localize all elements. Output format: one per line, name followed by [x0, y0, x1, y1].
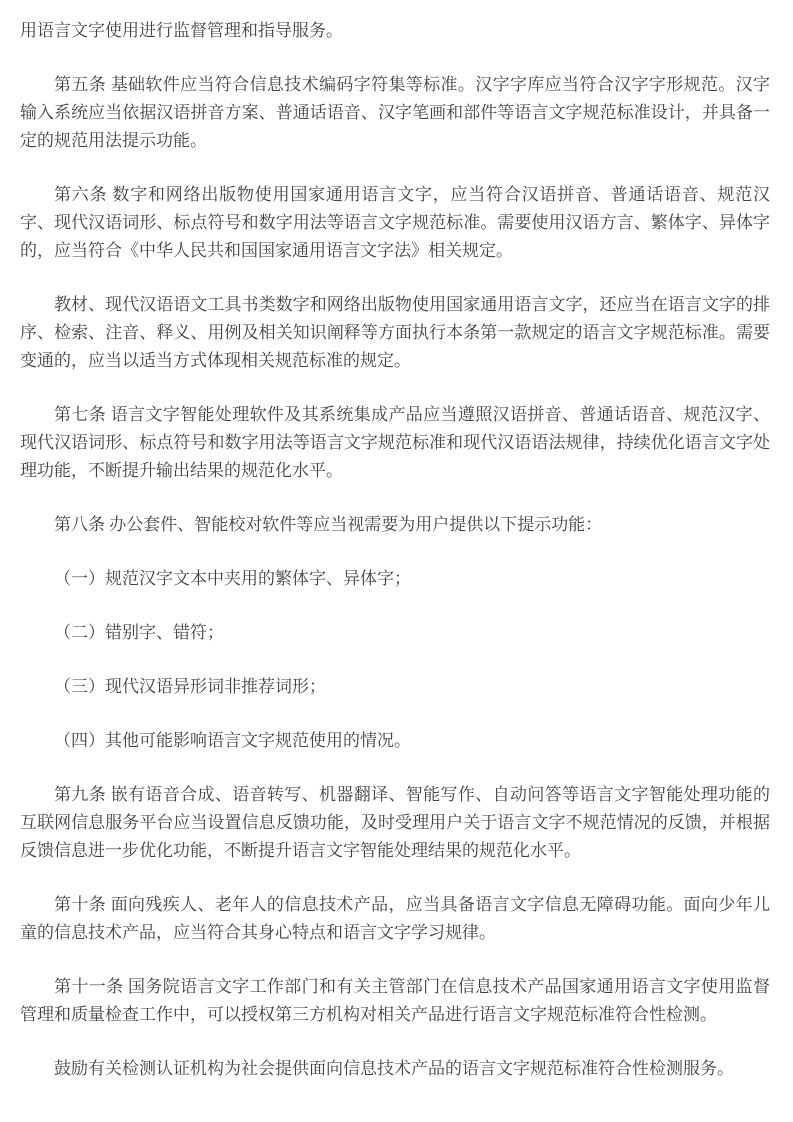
- paragraph-article-11: 第十一条 国务院语言文字工作部门和有关主管部门在信息技术产品国家通用语言文字使用…: [20, 973, 770, 1029]
- paragraph-article-8-item-2: （二）错别字、错符；: [20, 619, 770, 647]
- paragraph-article-10: 第十条 面向残疾人、老年人的信息技术产品，应当具备语言文字信息无障碍功能。面向少…: [20, 891, 770, 947]
- paragraph-article-8-item-1: （一）规范汉字文本中夹用的繁体字、异体字；: [20, 565, 770, 593]
- paragraph-article-6-clause-2: 教材、现代汉语语文工具书类数字和网络出版物使用国家通用语言文字，还应当在语言文字…: [20, 291, 770, 375]
- paragraph-article-8: 第八条 办公套件、智能校对软件等应当视需要为用户提供以下提示功能：: [20, 511, 770, 539]
- paragraph-article-11-clause-2: 鼓励有关检测认证机构为社会提供面向信息技术产品的语言文字规范标准符合性检测服务。: [20, 1055, 770, 1083]
- paragraph-article-6: 第六条 数字和网络出版物使用国家通用语言文字，应当符合汉语拼音、普通话语音、规范…: [20, 181, 770, 265]
- paragraph-article-7: 第七条 语言文字智能处理软件及其系统集成产品应当遵照汉语拼音、普通话语音、规范汉…: [20, 401, 770, 485]
- paragraph-continuation: 用语言文字使用进行监督管理和指导服务。: [20, 17, 770, 45]
- paragraph-article-5: 第五条 基础软件应当符合信息技术编码字符集等标准。汉字字库应当符合汉字字形规范。…: [20, 71, 770, 155]
- paragraph-article-9: 第九条 嵌有语音合成、语音转写、机器翻译、智能写作、自动问答等语言文字智能处理功…: [20, 781, 770, 865]
- paragraph-article-8-item-4: （四）其他可能影响语言文字规范使用的情况。: [20, 727, 770, 755]
- paragraph-article-8-item-3: （三）现代汉语异形词非推荐词形；: [20, 673, 770, 701]
- document-page: 用语言文字使用进行监督管理和指导服务。 第五条 基础软件应当符合信息技术编码字符…: [0, 0, 793, 1122]
